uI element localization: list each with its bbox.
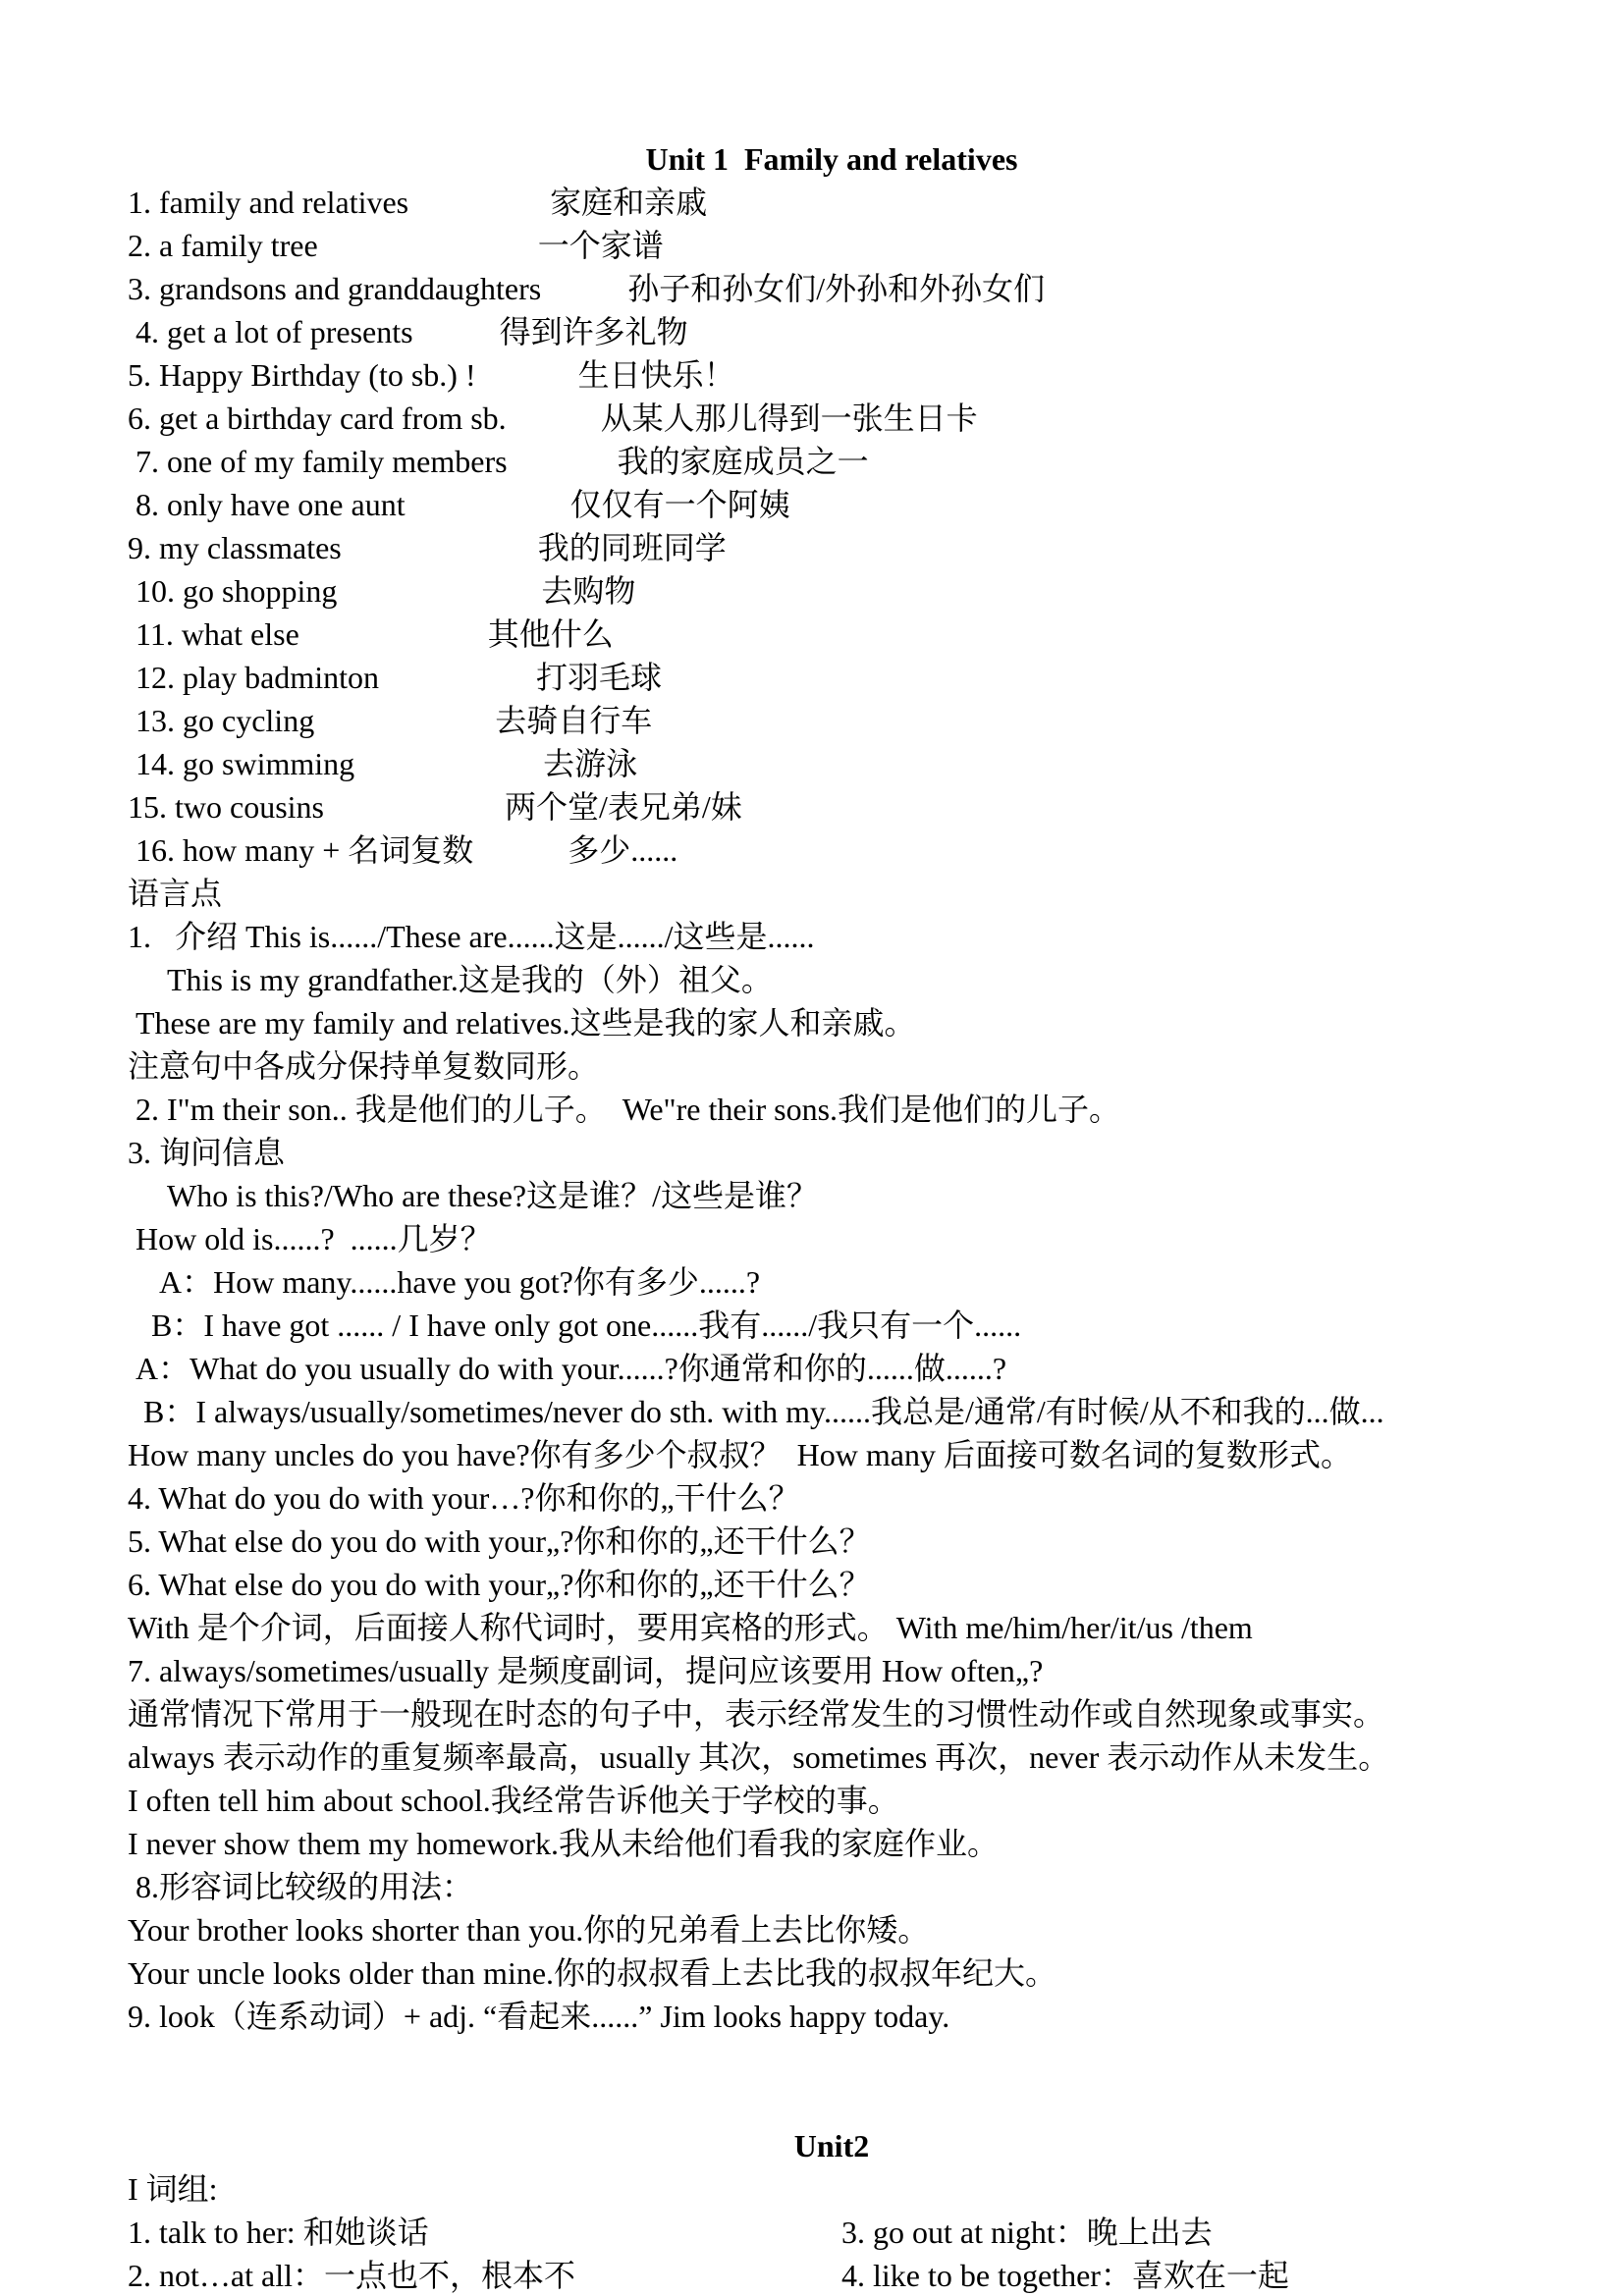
vocab-line: 15. two cousins 两个堂/表兄弟/妹 — [128, 785, 1536, 828]
phrase-item: 4. like to be together：喜欢在一起 — [841, 2254, 1536, 2296]
grammar-line: Your uncle looks older than mine.你的叔叔看上去… — [128, 1951, 1536, 1995]
grammar-line: 3. 询问信息 — [128, 1131, 1536, 1174]
vocab-line: 3. grandsons and granddaughters 孙子和孙女们/外… — [128, 267, 1536, 310]
blank-line — [128, 2081, 1536, 2124]
grammar-line: 6. What else do you do with your„?你和你的„还… — [128, 1563, 1536, 1606]
unit2-section-heading: I 词组: — [128, 2167, 1536, 2211]
grammar-line: 8.形容词比较级的用法： — [128, 1865, 1536, 1908]
grammar-line: B：I always/usually/sometimes/never do st… — [128, 1390, 1536, 1433]
unit2-phrase-row: 2. not…at all：一点也不，根本不 4. like to be tog… — [128, 2254, 1536, 2296]
vocab-line: 12. play badminton 打羽毛球 — [128, 656, 1536, 699]
grammar-line: These are my family and relatives.这些是我的家… — [128, 1001, 1536, 1044]
unit1-title: Unit 1 Family and relatives — [128, 137, 1536, 181]
grammar-line: How old is......? ......几岁？ — [128, 1217, 1536, 1260]
grammar-line: How many uncles do you have?你有多少个叔叔？ How… — [128, 1433, 1536, 1476]
document-page: Unit 1 Family and relatives 1. family an… — [0, 0, 1624, 2296]
grammar-line: 4. What do you do with your…?你和你的„干什么？ — [128, 1476, 1536, 1520]
grammar-line: A：What do you usually do with your......… — [128, 1347, 1536, 1390]
grammar-line: 2. I"m their son.. 我是他们的儿子。 We"re their … — [128, 1088, 1536, 1131]
vocab-line: 13. go cycling 去骑自行车 — [128, 699, 1536, 742]
grammar-line: Who is this?/Who are these?这是谁？/这些是谁？ — [128, 1174, 1536, 1217]
grammar-line: 7. always/sometimes/usually 是频度副词，提问应该要用… — [128, 1649, 1536, 1692]
vocab-line: 7. one of my family members 我的家庭成员之一 — [128, 440, 1536, 483]
unit2-phrase-row: 1. talk to her: 和她谈话 3. go out at night：… — [128, 2211, 1536, 2254]
grammar-line: Your brother looks shorter than you.你的兄弟… — [128, 1908, 1536, 1951]
grammar-line: 通常情况下常用于一般现在时态的句子中，表示经常发生的习惯性动作或自然现象或事实。 — [128, 1692, 1536, 1735]
grammar-line: 1. 介绍 This is....../These are......这是...… — [128, 915, 1536, 958]
grammar-line: B：I have got ...... / I have only got on… — [128, 1304, 1536, 1347]
grammar-line: With 是个介词，后面接人称代词时，要用宾格的形式。 With me/him/… — [128, 1606, 1536, 1649]
vocab-line: 2. a family tree 一个家谱 — [128, 224, 1536, 267]
vocab-line: 16. how many + 名词复数 多少...... — [128, 828, 1536, 872]
grammar-line: I often tell him about school.我经常告诉他关于学校… — [128, 1779, 1536, 1822]
grammar-line: always 表示动作的重复频率最高，usually 其次，sometimes … — [128, 1735, 1536, 1779]
language-points-heading: 语言点 — [128, 872, 1536, 915]
vocab-line: 6. get a birthday card from sb. 从某人那儿得到一… — [128, 397, 1536, 440]
grammar-line: 9. look（连系动词）+ adj. “看起来......” Jim look… — [128, 1995, 1536, 2038]
vocab-line: 5. Happy Birthday (to sb.) ! 生日快乐！ — [128, 353, 1536, 397]
grammar-line: This is my grandfather.这是我的（外）祖父。 — [128, 958, 1536, 1001]
grammar-line: I never show them my homework.我从未给他们看我的家… — [128, 1822, 1536, 1865]
vocab-line: 10. go shopping 去购物 — [128, 569, 1536, 613]
vocab-line: 14. go swimming 去游泳 — [128, 742, 1536, 785]
blank-line — [128, 2038, 1536, 2081]
vocab-line: 1. family and relatives 家庭和亲戚 — [128, 181, 1536, 224]
vocab-line: 4. get a lot of presents 得到许多礼物 — [128, 310, 1536, 353]
grammar-line: A：How many......have you got?你有多少......? — [128, 1260, 1536, 1304]
grammar-line: 5. What else do you do with your„?你和你的„还… — [128, 1520, 1536, 1563]
vocab-line: 8. only have one aunt 仅仅有一个阿姨 — [128, 483, 1536, 526]
vocab-line: 9. my classmates 我的同班同学 — [128, 526, 1536, 569]
phrase-item: 2. not…at all：一点也不，根本不 — [128, 2254, 841, 2296]
unit2-title: Unit2 — [128, 2124, 1536, 2167]
phrase-item: 3. go out at night：晚上出去 — [841, 2211, 1536, 2254]
phrase-item: 1. talk to her: 和她谈话 — [128, 2211, 841, 2254]
vocab-line: 11. what else 其他什么 — [128, 613, 1536, 656]
grammar-line: 注意句中各成分保持单复数同形。 — [128, 1044, 1536, 1088]
